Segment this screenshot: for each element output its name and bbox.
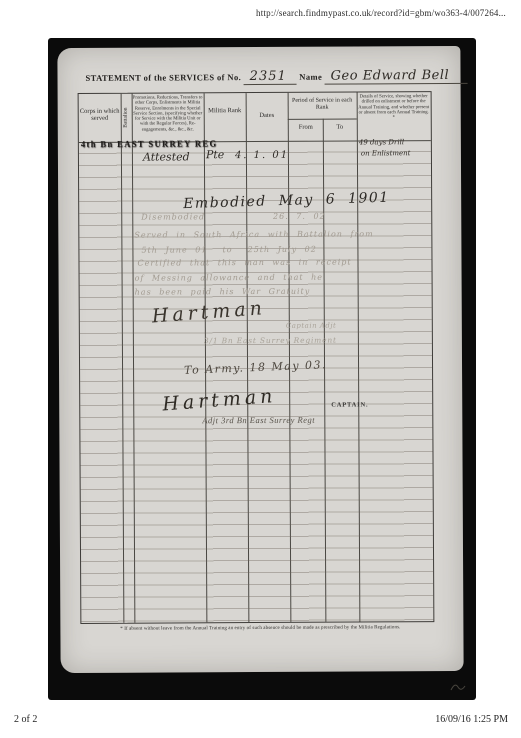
header-militia-rank: Militia Rank: [205, 107, 245, 115]
form-footnote: * If absent without leave from the Annua…: [74, 625, 446, 632]
corps-stamp: 4th Bn EAST SURREY REG: [81, 138, 218, 150]
signature-1-unit: 3/1 Bn East Surrey Regiment: [204, 336, 337, 346]
header-from: From: [289, 124, 323, 132]
adjutant-unit-stamp: Adjt 3rd Bn East Surrey Regt: [202, 415, 315, 426]
captain-rank-stamp: CAPTAIN.: [331, 401, 368, 408]
name-label: Name: [299, 72, 322, 82]
header-to: To: [324, 123, 356, 131]
header-corps: Corps in which served: [80, 108, 120, 123]
soldier-name: Geo Edward Bell: [325, 68, 468, 85]
pencil-note-dates: 5th June 01 to 25th July 02: [141, 245, 316, 255]
service-statement-table: Corps in which served Battalion Promotio…: [78, 91, 435, 624]
film-edge-mark: [450, 680, 466, 698]
entry-details-line2: on Enlistment: [361, 149, 411, 157]
service-number: 2351: [244, 69, 297, 85]
period-subheader-line: [288, 118, 357, 119]
pencil-note-gratuity: has been paid his War Gratuity: [135, 287, 311, 297]
entry-details-line1: 49 days Drill: [359, 138, 404, 146]
header-dates: Dates: [247, 112, 287, 120]
entry-date: 4. 1. 01: [235, 150, 289, 161]
header-details: Details of Service, showing whether dril…: [358, 94, 430, 121]
print-footer-page-number: 2 of 2: [14, 714, 37, 725]
service-record-paper: STATEMENT of the SERVICES of No. 2351 Na…: [57, 46, 463, 673]
pencil-note-south-africa: Served in South Africa with Battalion fr…: [134, 229, 373, 239]
pencil-note-messing: of Messing allowance and that he: [135, 273, 323, 283]
statement-label: STATEMENT of the SERVICES of No.: [85, 72, 241, 83]
header-period: Period of Service in each Rank: [289, 97, 356, 111]
pencil-note-disembodied: Disembodied 26. 7. 02: [141, 212, 325, 222]
pencil-note-certified: Certified that this man was in receipt: [137, 258, 351, 268]
header-battalion: Battalion: [121, 96, 132, 140]
print-footer-datetime: 16/09/16 1:25 PM: [435, 714, 508, 725]
signature-1-title: Captain Adjt: [286, 322, 337, 330]
record-scan-image: STATEMENT of the SERVICES of No. 2351 Na…: [48, 38, 476, 700]
entry-rank: Pte: [206, 148, 224, 161]
print-header-url: http://search.findmypast.co.uk/record?id…: [248, 8, 514, 18]
entry-attested: Attested: [143, 150, 190, 163]
form-title-line: STATEMENT of the SERVICES of No. 2351 Na…: [85, 68, 467, 85]
header-promotions: Promotions, Reductions, Transfers to oth…: [133, 95, 203, 132]
